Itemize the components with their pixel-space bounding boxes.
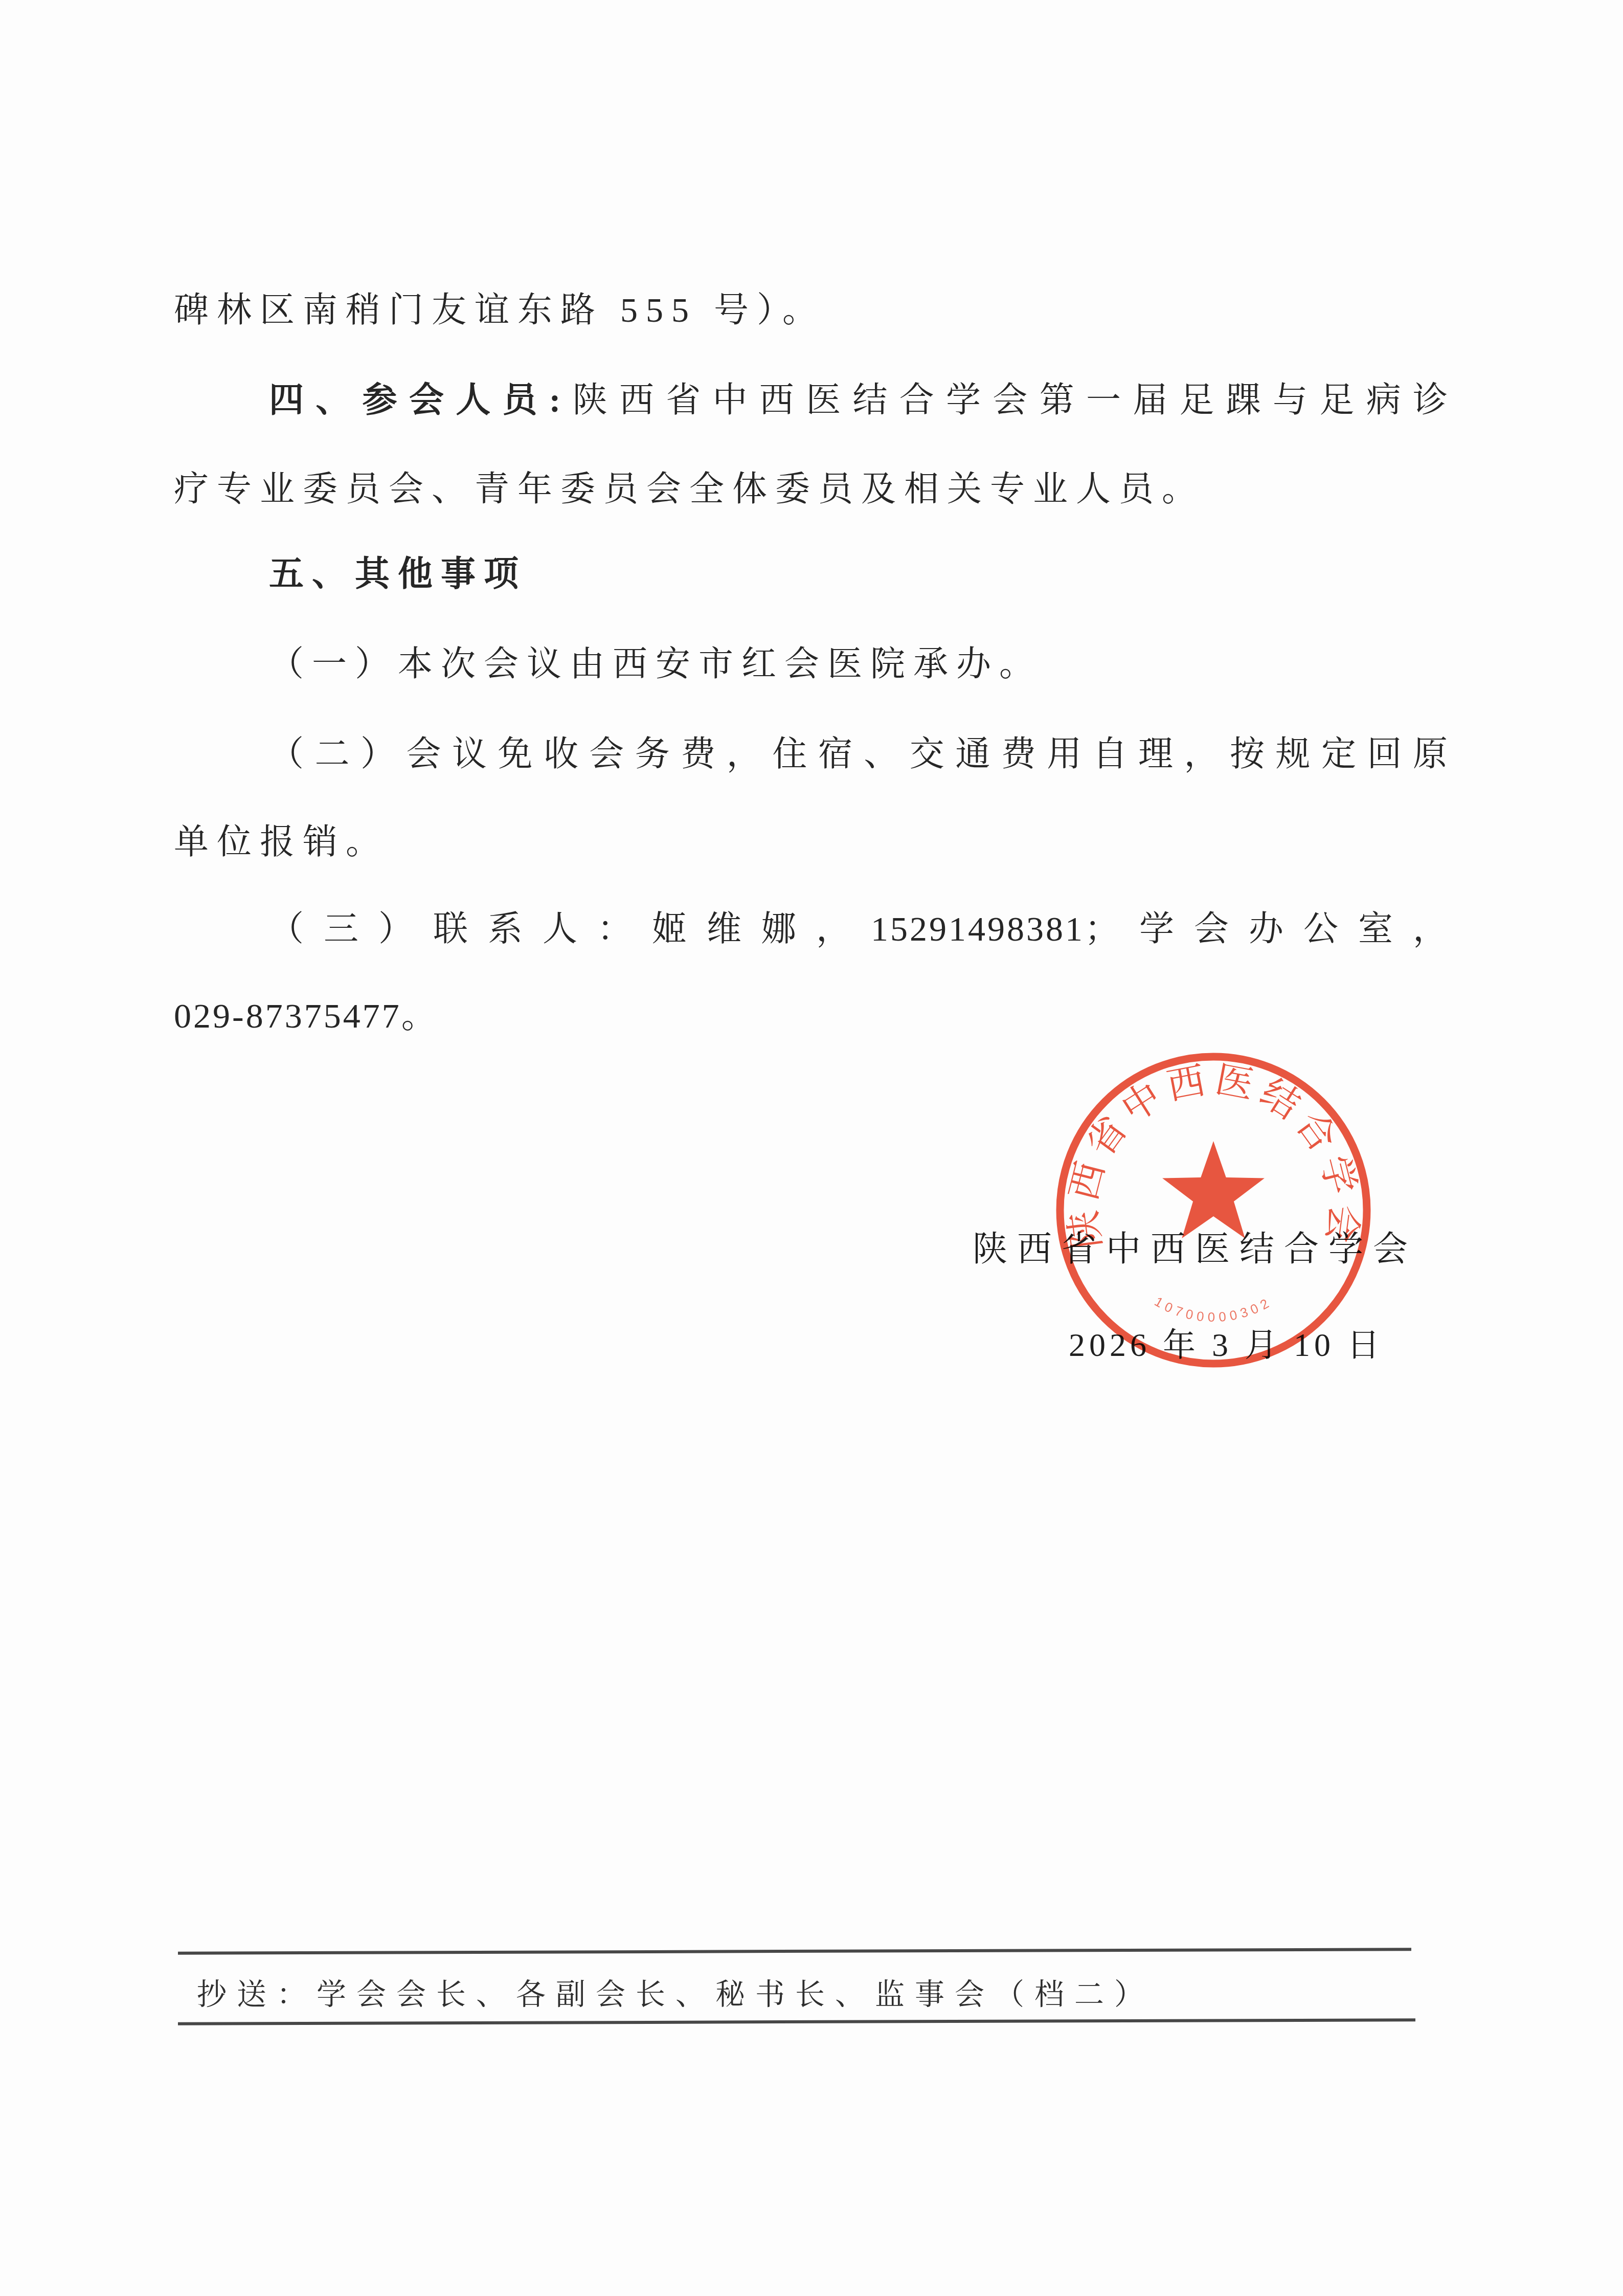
body-line-1: 碑林区南稍门友谊东路 555 号）。 [174,282,825,332]
body-line-8: （三）联系人：姬维娜，15291498381；学会办公室， [174,901,1455,951]
body-line-3: 疗专业委员会、青年委员会全体委员及相关专业人员。 [174,461,1205,511]
body-line-5: （一）本次会议由西安市红会医院承办。 [269,636,1042,686]
contact-label: （三）联系人：姬维娜， [269,909,871,948]
star-icon [1162,1141,1265,1238]
footer-rule-bottom [178,2018,1415,2025]
footer-rule-top [178,1948,1411,1955]
body-line-9: 029-87375477。 [174,988,444,1038]
body-line-7: 单位报销。 [174,814,389,864]
section-heading-5: 五、其他事项 [269,546,527,596]
body-line-9-period: 。 [401,996,444,1035]
body-line-6: （二）会议免收会务费，住宿、交通费用自理，按规定回原 [174,726,1455,776]
contact-office-label: ；学会办公室， [1085,909,1455,948]
body-line-2-text: 陕西省中西医结合学会第一届足踝与足病诊 [568,381,1455,419]
contact-phone-mobile: 15291498381 [871,909,1085,948]
section-heading-4: 四、参会人员: [269,381,568,419]
body-line-2: 四、参会人员:陕西省中西医结合学会第一届足踝与足病诊 [174,372,1455,422]
official-seal-stamp: 陕西省中西医结合学会 6107000003025 [1045,1041,1382,1379]
contact-phone-office: 029-87375477 [174,996,401,1035]
document-page: 碑林区南稍门友谊东路 555 号）。 四、参会人员:陕西省中西医结合学会第一届足… [0,0,1623,2296]
footer-cc-line: 抄送：学会会长、各副会长、秘书长、监事会（档二） [197,1970,1154,2013]
